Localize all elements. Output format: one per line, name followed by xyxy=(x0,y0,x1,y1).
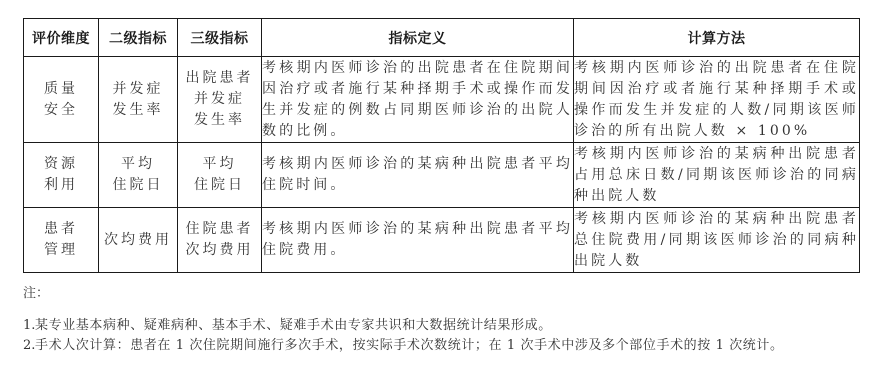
text-line: 利用 xyxy=(24,175,98,196)
note-item: 1. 某专业基本病种、疑难病种、基本手术、疑难手术由专家共识和大数据统计结果形成… xyxy=(23,316,863,336)
text-line: 次均费用 xyxy=(178,240,261,261)
text-line: 患者 xyxy=(24,219,98,240)
note-text: 某专业基本病种、疑难病种、基本手术、疑难手术由专家共识和大数据统计结果形成。 xyxy=(35,316,552,336)
cell-definition: 考核期内医师诊治的某病种出院患者平均住院费用。 xyxy=(262,208,574,273)
text-line: 并发症 xyxy=(99,79,177,100)
cell-dimension: 质量 安全 xyxy=(24,57,99,143)
cell-level2: 次均费用 xyxy=(99,208,178,273)
cell-level3: 住院患者 次均费用 xyxy=(178,208,262,273)
header-dimension: 评价维度 xyxy=(24,19,99,57)
text-line: 发生率 xyxy=(178,110,261,131)
cell-level2: 平均 住院日 xyxy=(99,143,178,208)
cell-level3: 平均 住院日 xyxy=(178,143,262,208)
cell-definition: 考核期内医师诊治的某病种出院患者平均住院时间。 xyxy=(262,143,574,208)
text-line: 管理 xyxy=(24,240,98,261)
text-line: 住院日 xyxy=(99,175,177,196)
table-row: 资源 利用 平均 住院日 平均 住院日 考核期内医师诊治的某病种出院患者平均住院… xyxy=(24,143,860,208)
cell-level2: 并发症 发生率 xyxy=(99,57,178,143)
table-header-row: 评价维度 二级指标 三级指标 指标定义 计算方法 xyxy=(24,19,860,57)
text-line: 发生率 xyxy=(99,100,177,121)
header-level3: 三级指标 xyxy=(178,19,262,57)
text-line: 次均费用 xyxy=(99,230,177,251)
cell-dimension: 资源 利用 xyxy=(24,143,99,208)
header-level2: 二级指标 xyxy=(99,19,178,57)
text-line: 住院患者 xyxy=(178,219,261,240)
table-row: 患者 管理 次均费用 住院患者 次均费用 考核期内医师诊治的某病种出院患者平均住… xyxy=(24,208,860,273)
cell-method: 考核期内医师诊治的某病种出院患者总住院费用/同期该医师诊治的同病种出院人数 xyxy=(574,208,860,273)
header-definition: 指标定义 xyxy=(262,19,574,57)
cell-definition: 考核期内医师诊治的出院患者在住院期间因治疗或者施行某种择期手术或操作而发生并发症… xyxy=(262,57,574,143)
text-line: 住院日 xyxy=(178,175,261,196)
text-line: 平均 xyxy=(99,154,177,175)
text-line: 安全 xyxy=(24,100,98,121)
header-method: 计算方法 xyxy=(574,19,860,57)
cell-dimension: 患者 管理 xyxy=(24,208,99,273)
notes-title: 注： xyxy=(23,284,863,304)
notes-section: 注： 1. 某专业基本病种、疑难病种、基本手术、疑难手术由专家共识和大数据统计结… xyxy=(23,284,863,356)
note-text: 手术人次计算：患者在 1 次住院期间施行多次手术，按实际手术次数统计；在 1 次… xyxy=(35,336,784,356)
note-item: 2. 手术人次计算：患者在 1 次住院期间施行多次手术，按实际手术次数统计；在 … xyxy=(23,336,863,356)
cell-level3: 出院患者 并发症 发生率 xyxy=(178,57,262,143)
cell-method: 考核期内医师诊治的某病种出院患者占用总床日数/同期该医师诊治的同病种出院人数 xyxy=(574,143,860,208)
text-line: 出院患者 xyxy=(178,68,261,89)
text-line: 质量 xyxy=(24,79,98,100)
text-line: 并发症 xyxy=(178,89,261,110)
text-line: 平均 xyxy=(178,154,261,175)
note-number: 2. xyxy=(23,336,35,356)
note-number: 1. xyxy=(23,316,35,336)
text-line: 资源 xyxy=(24,154,98,175)
indicator-table: 评价维度 二级指标 三级指标 指标定义 计算方法 质量 安全 并发症 发生率 出… xyxy=(23,18,860,273)
table-row: 质量 安全 并发症 发生率 出院患者 并发症 发生率 考核期内医师诊治的出院患者… xyxy=(24,57,860,143)
cell-method: 考核期内医师诊治的出院患者在住院期间因治疗或者施行某种择期手术或操作而发生并发症… xyxy=(574,57,860,143)
